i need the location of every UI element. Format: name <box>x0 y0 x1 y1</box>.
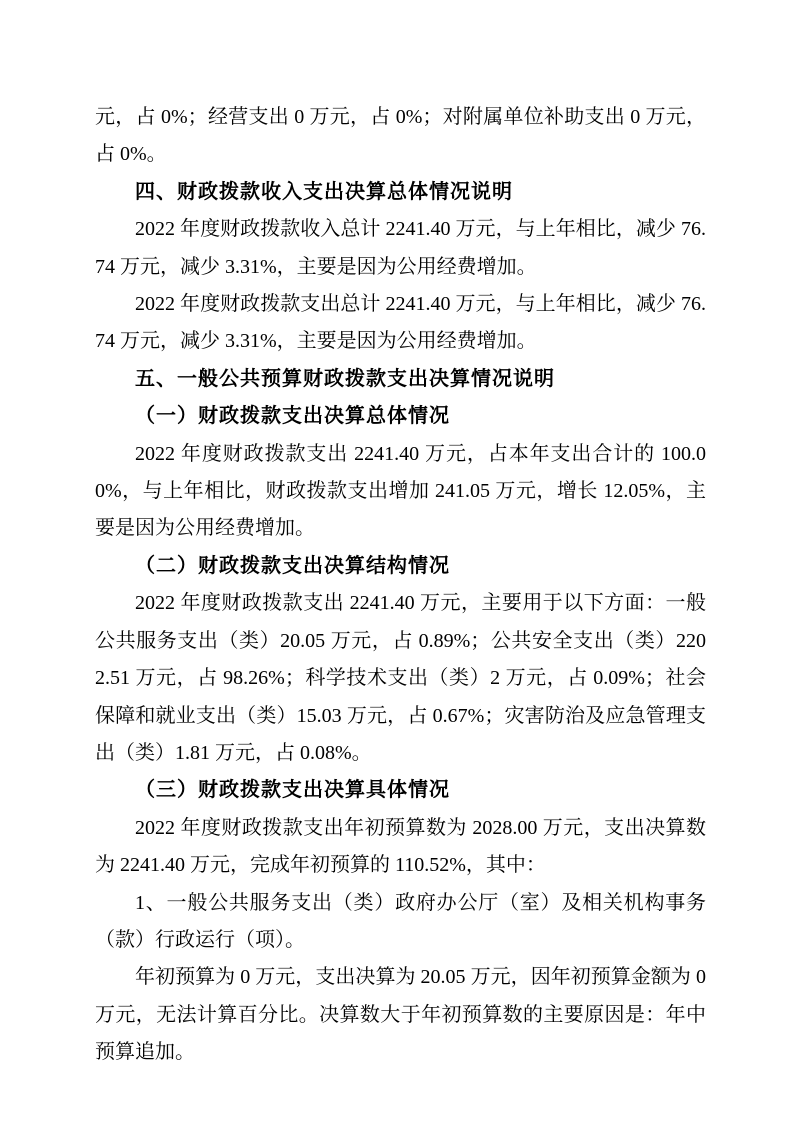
paragraph-appropriation-income-total: 2022 年度财政拨款收入总计 2241.40 万元，与上年相比，减少 76.7… <box>95 211 706 286</box>
paragraph-appropriation-expenditure-total: 2022 年度财政拨款支出总计 2241.40 万元，与上年相比，减少 76.7… <box>95 286 706 361</box>
heading-section-4: 四、财政拨款收入支出决算总体情况说明 <box>95 174 706 211</box>
paragraph-overflow-from-previous-page: 元，占 0%；经营支出 0 万元，占 0%；对附属单位补助支出 0 万元，占 0… <box>95 99 706 174</box>
document-page: 元，占 0%；经营支出 0 万元，占 0%；对附属单位补助支出 0 万元，占 0… <box>0 0 793 1122</box>
subheading-5-1: （一）财政拨款支出决算总体情况 <box>95 398 706 435</box>
paragraph-expenditure-overview: 2022 年度财政拨款支出 2241.40 万元，占本年支出合计的 100.00… <box>95 436 706 548</box>
paragraph-item-1-title: 1、一般公共服务支出（类）政府办公厅（室）及相关机构事务（款）行政运行（项）。 <box>95 885 706 960</box>
paragraph-expenditure-structure: 2022 年度财政拨款支出 2241.40 万元，主要用于以下方面：一般公共服务… <box>95 585 706 772</box>
heading-section-5: 五、一般公共预算财政拨款支出决算情况说明 <box>95 361 706 398</box>
subheading-5-3: （三）财政拨款支出决算具体情况 <box>95 772 706 809</box>
paragraph-budget-vs-final: 2022 年度财政拨款支出年初预算数为 2028.00 万元，支出决算数为 22… <box>95 810 706 885</box>
subheading-5-2: （二）财政拨款支出决算结构情况 <box>95 548 706 585</box>
paragraph-item-1-detail: 年初预算为 0 万元，支出决算为 20.05 万元，因年初预算金额为 0 万元，… <box>95 959 706 1071</box>
